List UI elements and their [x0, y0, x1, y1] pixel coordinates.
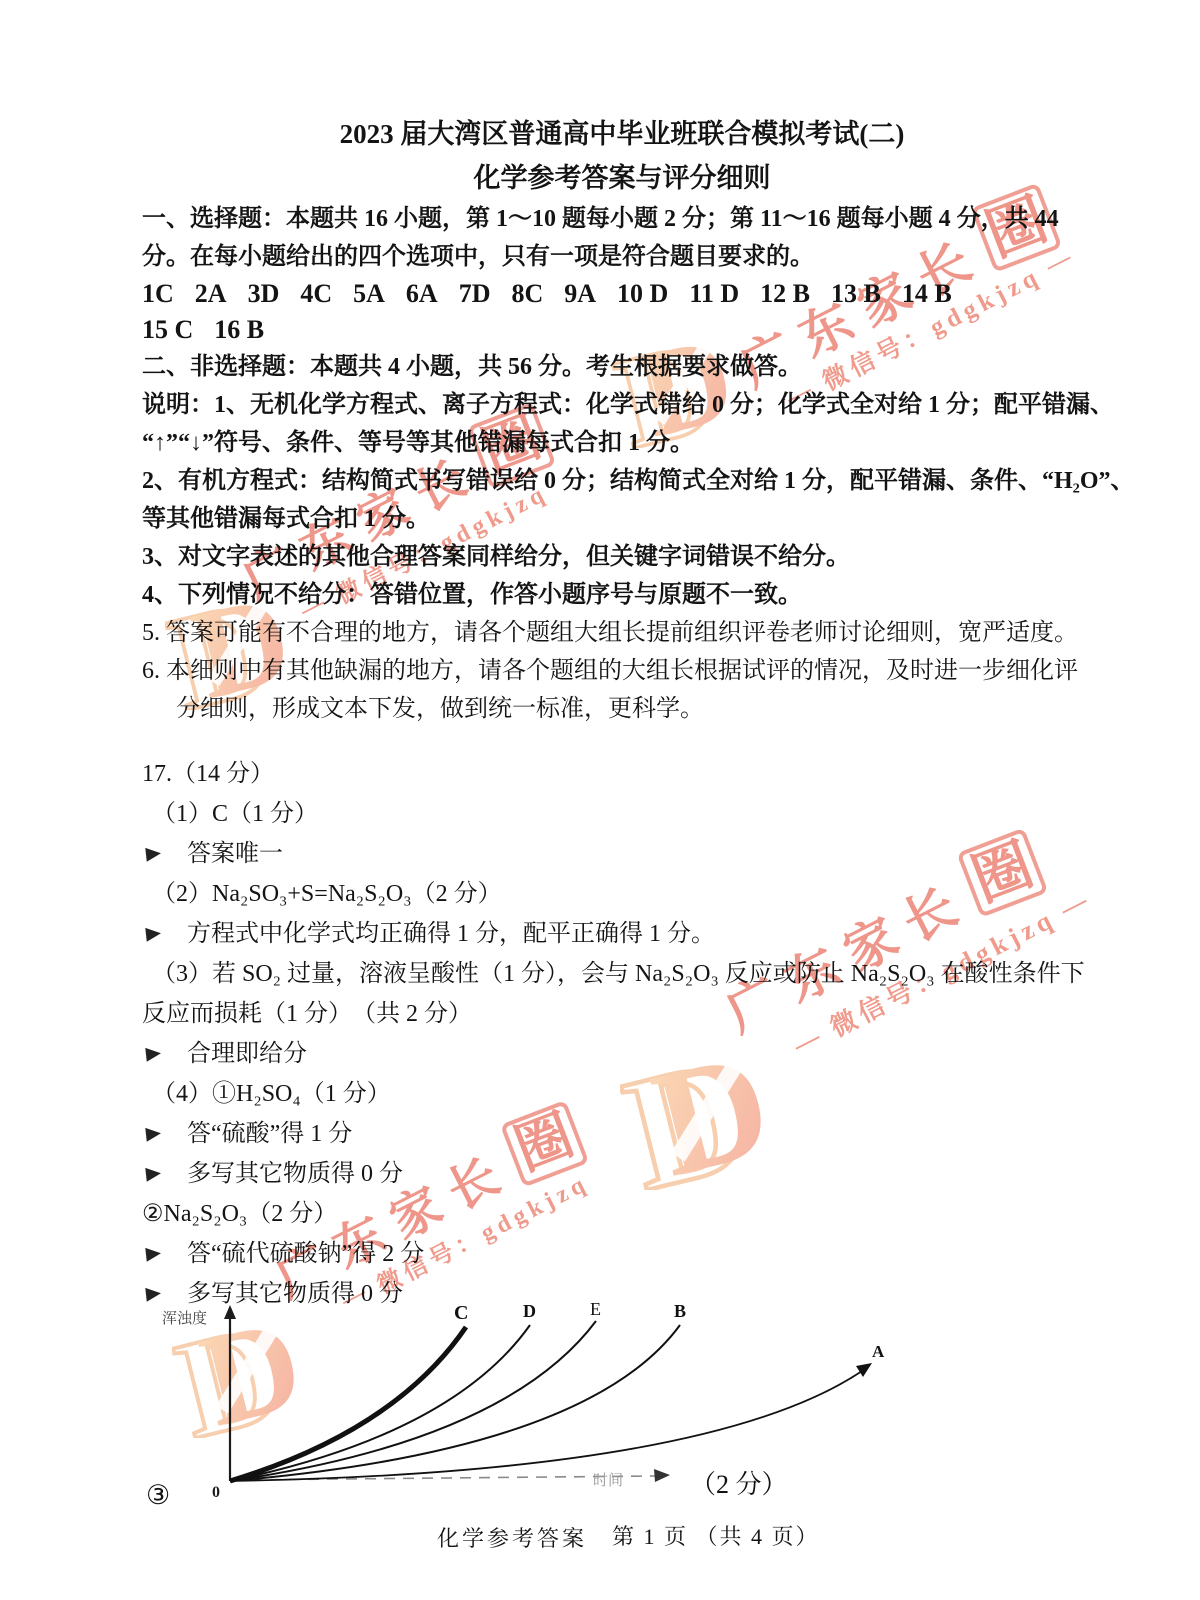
arrow-bullet-icon	[145, 1166, 161, 1181]
answer-item: 3D	[248, 276, 280, 312]
answer-line: （3）若 SO₂ 过量，溶液呈酸性（1 分），会与 Na₂S₂O₃ 反应或防止 …	[142, 954, 1102, 994]
rubric-line: 答案唯一	[142, 834, 1102, 874]
note-line: 分细则，形成文本下发，做到统一标准，更科学。	[142, 690, 1102, 728]
section2-heading: 二、非选择题：本题共 4 小题，共 56 分。考生根据要求做答。	[142, 348, 1102, 386]
arrow-bullet-icon	[145, 846, 161, 861]
answer-item: 2A	[195, 276, 227, 312]
footer-page-label: 第 1 页 （共 4 页）	[612, 1520, 820, 1551]
answer-item: 16 B	[214, 312, 264, 348]
rubric-text: 方程式中化学式均正确得 1 分，配平正确得 1 分。	[187, 914, 715, 954]
section1-heading-line2: 分。在每小题给出的四个选项中，只有一项是符合题目要求的。	[142, 238, 1102, 276]
answer-item: 1C	[142, 276, 174, 312]
curve-label-B: B	[674, 1303, 686, 1321]
rubric-line: 多写其它物质得 0 分	[142, 1154, 1102, 1194]
note-line: 5. 答案可能有不合理的地方，请各个题组大组长提前组织评卷老师讨论细则，宽严适度…	[142, 614, 1102, 652]
question-17-block: 17.（14 分） （1）C（1 分） 答案唯一 （2）Na₂SO₃+S=Na₂…	[142, 754, 1102, 1314]
rubric-text: 多写其它物质得 0 分	[187, 1154, 403, 1194]
rate-curve-figure: 浑浊度 时间 0 C D E B A （2 分）	[150, 1303, 930, 1513]
y-axis-arrow	[224, 1305, 236, 1319]
note-line: 2、有机方程式：结构简式书写错误给 0 分；结构简式全对给 1 分，配平错漏、条…	[142, 462, 1102, 500]
rubric-line: 方程式中化学式均正确得 1 分，配平正确得 1 分。	[142, 914, 1102, 954]
answer-item: 15 C	[142, 312, 193, 348]
note-line: 6. 本细则中有其他缺漏的地方，请各个题组的大组长根据试评的情况，及时进一步细化…	[142, 652, 1102, 690]
curve-label-D: D	[523, 1303, 536, 1321]
answer-item: 8C	[511, 276, 543, 312]
rubric-text: 合理即给分	[187, 1034, 307, 1074]
rubric-text: 答“硫代硫酸钠”得 2 分	[187, 1234, 424, 1274]
arrow-bullet-icon	[145, 926, 161, 941]
note-line: 4、下列情况不给分：答错位置，作答小题序号与原题不一致。	[142, 576, 1102, 614]
answer-item: 14 B	[902, 276, 952, 312]
curve-chart-svg: 浑浊度 时间 0 C D E B A （2 分）	[150, 1303, 930, 1508]
answer-item: 7D	[459, 276, 491, 312]
scanned-answer-key-page: D D 广东家长圈 —微信号：gdgkjzq— 广东家长圈 —微信号：gdgkj…	[0, 0, 1200, 1600]
answer-line: ②Na₂S₂O₃（2 分）	[142, 1194, 1102, 1234]
answer-item: 9A	[564, 276, 596, 312]
answer-line: （1）C（1 分）	[142, 794, 1102, 834]
answer-item: 13 B	[831, 276, 881, 312]
answer-line: （2）Na₂SO₃+S=Na₂S₂O₃（2 分）	[142, 874, 1102, 914]
note-line: “↑”“↓”符号、条件、等号等其他错漏每式合扣 1 分。	[142, 424, 1102, 462]
x-axis-label: 时间	[593, 1472, 623, 1489]
arrow-bullet-icon	[145, 1286, 161, 1301]
choice-answers-row1: 1C2A3D4C5A6A7D8C9A10 D11 D12 B13 B14 B	[142, 276, 1102, 312]
rubric-text: 答案唯一	[187, 834, 283, 874]
exam-title: 2023 届大湾区普通高中毕业班联合模拟考试(二)	[142, 112, 1102, 156]
rubric-line: 答“硫代硫酸钠”得 2 分	[142, 1234, 1102, 1274]
sub-item-marker: ③	[146, 1480, 170, 1511]
note-line: 3、对文字表述的其他合理答案同样给分，但关键字词错误不给分。	[142, 538, 1102, 576]
choice-answers-row2: 15 C16 B	[142, 312, 1102, 348]
curve-label-A: A	[872, 1342, 885, 1361]
answer-item: 12 B	[760, 276, 810, 312]
rubric-text: 答“硫酸”得 1 分	[187, 1114, 352, 1154]
arrow-bullet-icon	[145, 1126, 161, 1141]
y-axis-label: 浑浊度	[162, 1309, 207, 1327]
curve-A-arrow	[856, 1363, 872, 1377]
x-axis-arrow	[654, 1469, 670, 1482]
section1-heading-line1: 一、选择题：本题共 16 小题，第 1～10 题每小题 2 分；第 11～16 …	[142, 200, 1102, 238]
note-line: 说明：1、无机化学方程式、离子方程式：化学式错给 0 分；化学式全对给 1 分；…	[142, 386, 1102, 424]
question-number: 17.（14 分）	[142, 754, 1102, 794]
answer-item: 10 D	[617, 276, 668, 312]
arrow-bullet-icon	[145, 1046, 161, 1061]
curve-D	[230, 1325, 530, 1481]
answer-key-subtitle: 化学参考答案与评分细则	[142, 156, 1102, 200]
origin-label: 0	[212, 1484, 220, 1501]
answer-item: 4C	[300, 276, 332, 312]
answer-item: 11 D	[689, 276, 739, 312]
answer-line: 反应而损耗（1 分） （共 2 分）	[142, 994, 1102, 1034]
document-body: 2023 届大湾区普通高中毕业班联合模拟考试(二) 化学参考答案与评分细则 一、…	[142, 112, 1102, 1314]
note-line: 等其他错漏每式合扣 1 分。	[142, 500, 1102, 538]
rubric-line: 合理即给分	[142, 1034, 1102, 1074]
figure-score: （2 分）	[690, 1470, 788, 1499]
footer-doc-label: 化学参考答案	[437, 1522, 587, 1553]
arrow-bullet-icon	[145, 1246, 161, 1261]
curve-label-E: E	[590, 1303, 601, 1319]
answer-line: （4）①H₂SO₄（1 分）	[142, 1074, 1102, 1114]
curve-label-C: C	[454, 1303, 468, 1324]
rubric-line: 答“硫酸”得 1 分	[142, 1114, 1102, 1154]
answer-item: 6A	[406, 276, 438, 312]
answer-item: 5A	[353, 276, 385, 312]
